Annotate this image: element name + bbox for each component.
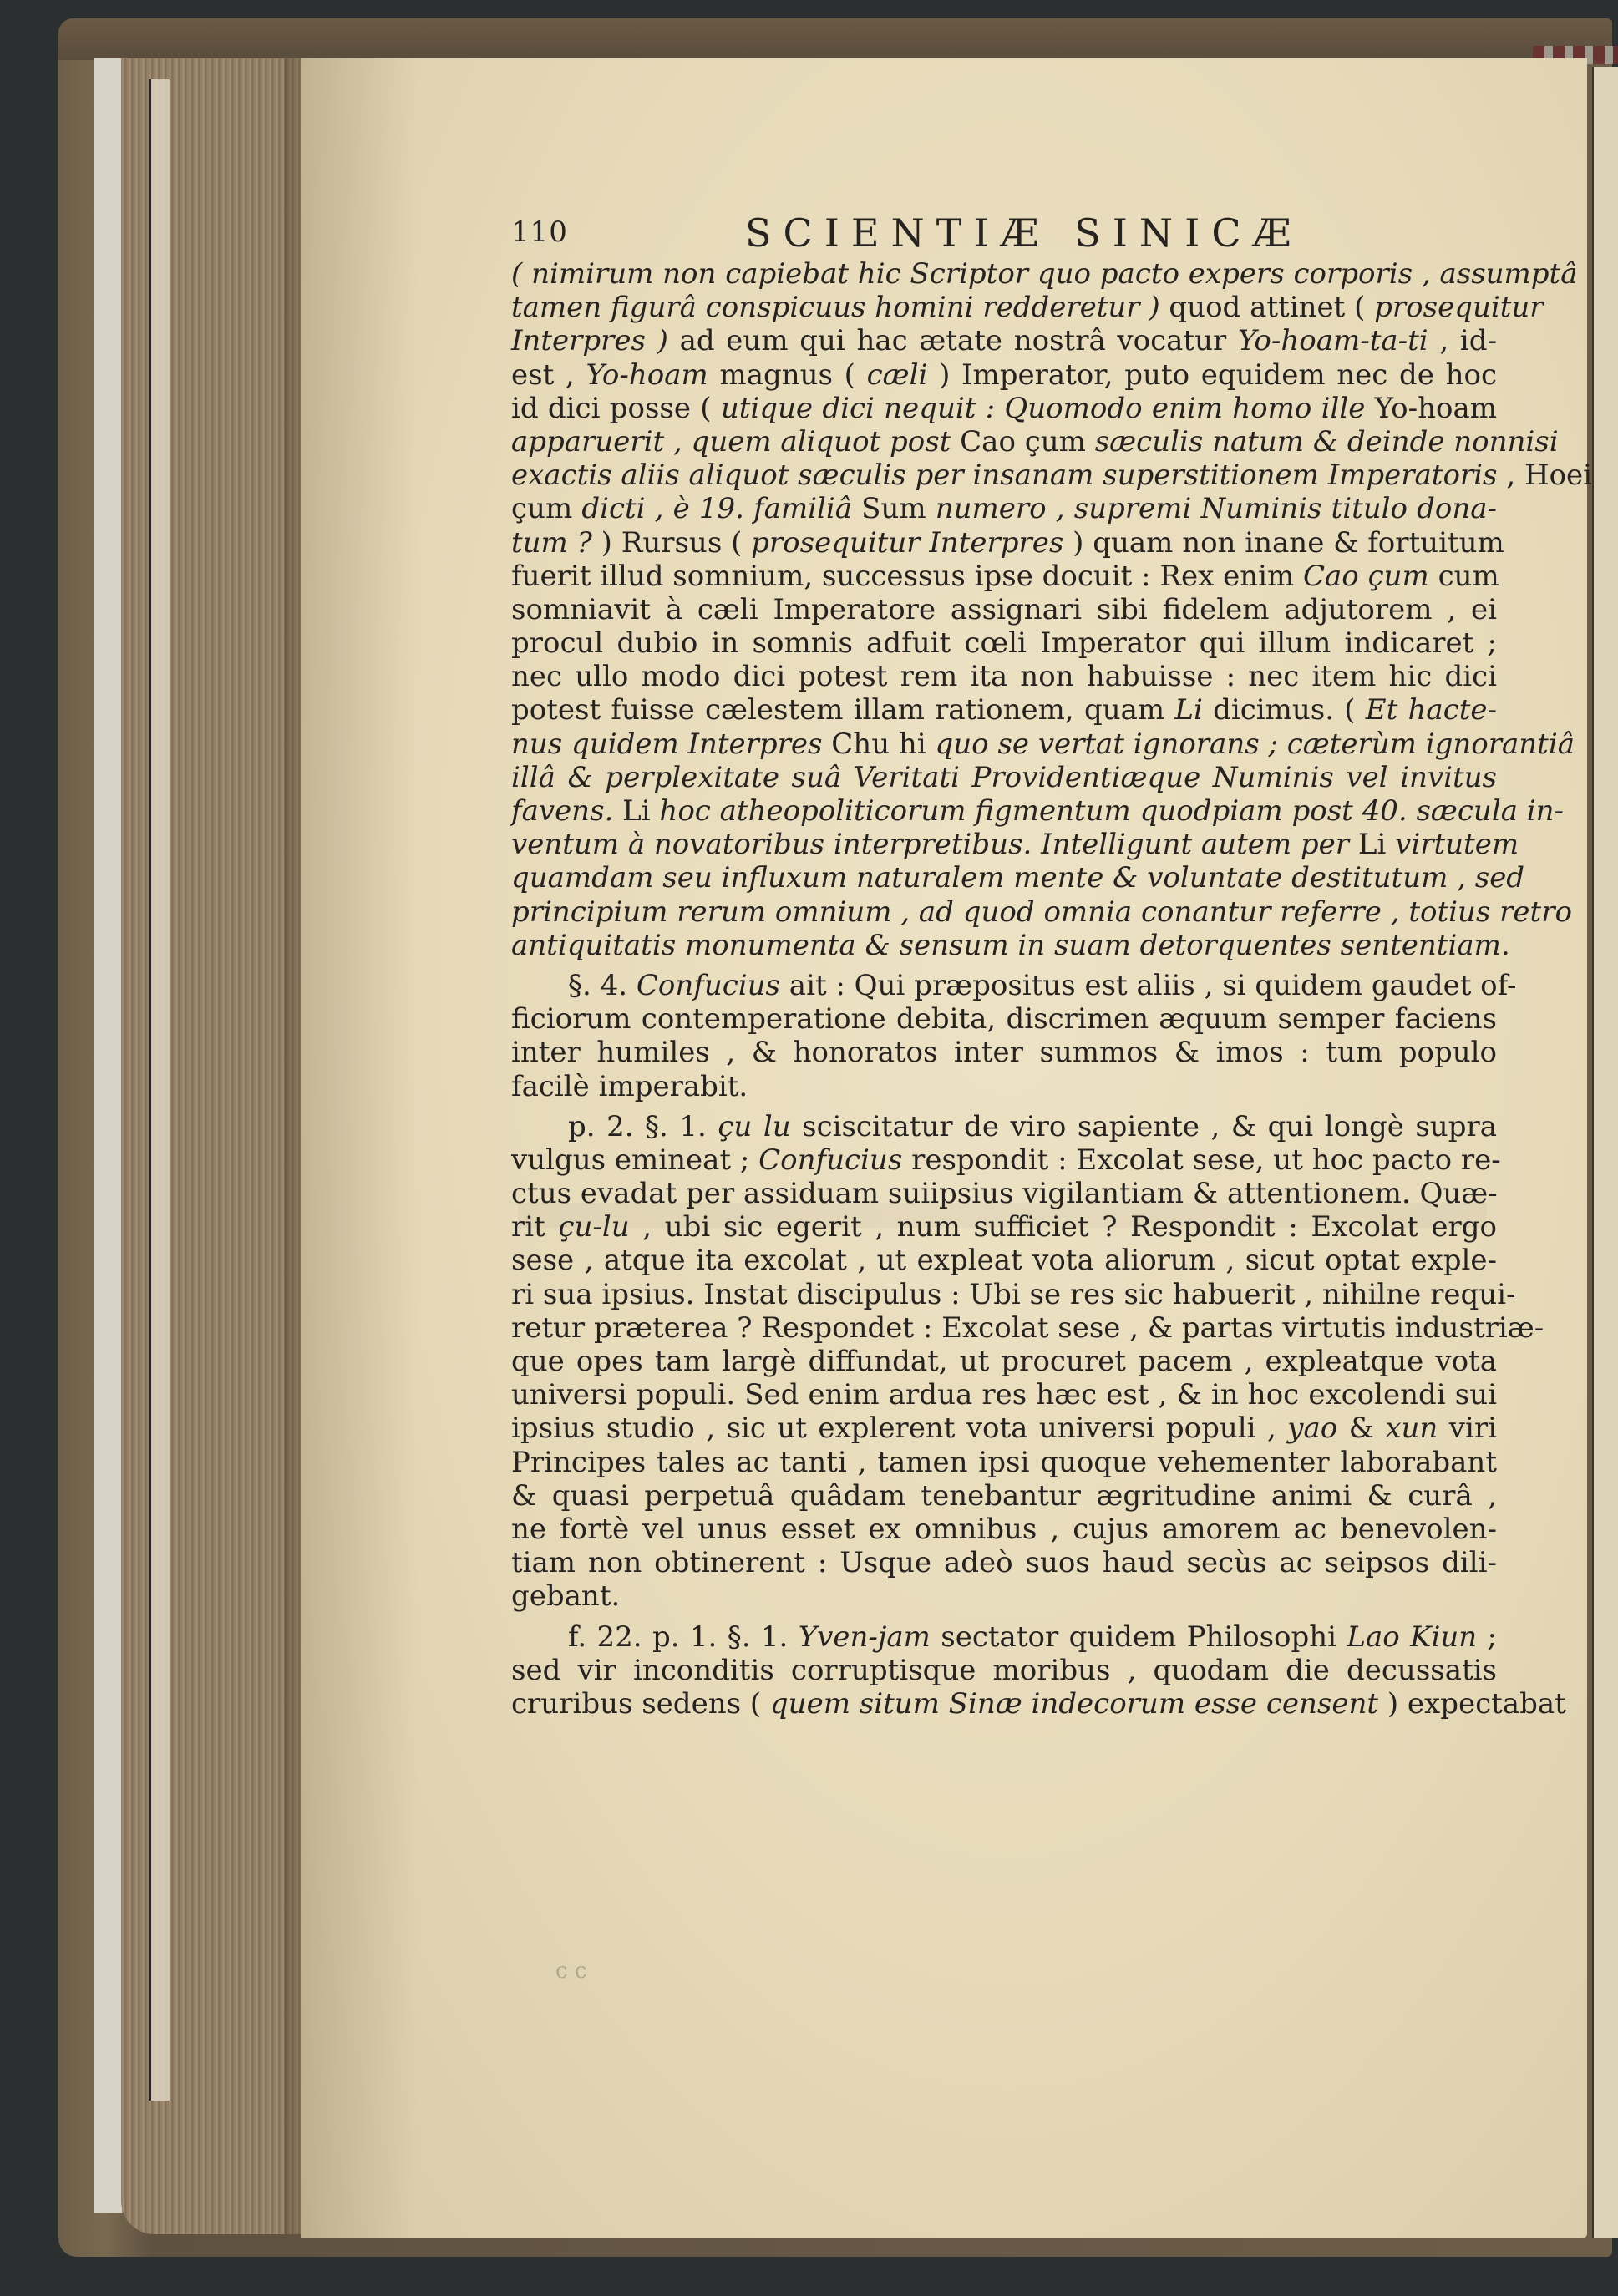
- text-line: retur præterea ? Respondet : Excolat ses…: [511, 1311, 1497, 1345]
- italic-run: Yo-hoam: [586, 358, 708, 392]
- text-line: fuerit illud somnium, successus ipse doc…: [511, 560, 1497, 593]
- roman-run: ad eum qui hac ætate nostrâ vocatur: [668, 324, 1238, 357]
- roman-run: ri sua ipsius. Instat discipulus : Ubi s…: [511, 1278, 1516, 1311]
- italic-run: quem situm Sinæ indecorum esse censent: [770, 1687, 1378, 1721]
- roman-run: , id-: [1428, 324, 1497, 357]
- text-line: favens. Li hoc atheopoliticorum figmentu…: [511, 794, 1497, 828]
- text-line: inter humiles , & honoratos inter summos…: [511, 1036, 1497, 1069]
- roman-run: tiam non obtinerent : Usque adeò suos ha…: [511, 1546, 1497, 1579]
- roman-run: rit: [511, 1210, 558, 1244]
- text-line: ficiorum contemperatione debita, discrim…: [511, 1002, 1497, 1036]
- roman-run: Li: [1349, 828, 1395, 861]
- roman-run: p. 2. §. 1.: [511, 1110, 718, 1143]
- roman-run: sese , atque ita excolat , ut expleat vo…: [511, 1244, 1497, 1277]
- roman-run: Cao çum: [951, 425, 1094, 459]
- italic-run: ( nimirum non capiebat hic Scriptor quo …: [511, 257, 1578, 291]
- roman-run: que opes tam largè diffundat, ut procure…: [511, 1345, 1497, 1378]
- italic-run: utique dici nequit : Quomodo enim homo i…: [721, 392, 1366, 425]
- italic-run: dicti , è 19. familiâ: [581, 492, 852, 525]
- italic-run: tamen figurâ conspicuus homini redderetu…: [511, 291, 1160, 324]
- roman-run: Chu hi: [822, 727, 935, 761]
- roman-run: retur præterea ? Respondet : Excolat ses…: [511, 1311, 1544, 1345]
- italic-run: sæculis natum & deinde nonnisi: [1095, 425, 1559, 459]
- roman-run: id dici posse (: [511, 392, 721, 425]
- roman-run: ) quam non inane & fortuitum: [1063, 526, 1504, 560]
- endpaper-edge: [94, 58, 123, 2213]
- text-line: illâ & perplexitate suâ Veritati Provide…: [511, 761, 1497, 794]
- roman-run: potest fuisse cælestem illam rationem, q…: [511, 693, 1174, 727]
- roman-run: ) expectabat: [1378, 1687, 1566, 1721]
- text-line: quamdam seu influxum naturalem mente & v…: [511, 861, 1497, 895]
- roman-run: sed vir inconditis corruptisque moribus …: [511, 1654, 1497, 1687]
- italic-run: principium rerum omnium , ad quod omnia …: [511, 895, 1572, 929]
- text-line: sese , atque ita excolat , ut expleat vo…: [511, 1244, 1497, 1277]
- roman-run: respondit : Excolat sese, ut hoc pacto r…: [902, 1143, 1500, 1177]
- body-text: ( nimirum non capiebat hic Scriptor quo …: [511, 257, 1497, 1721]
- text-line: facilè imperabit.: [511, 1070, 1497, 1103]
- italic-run: ventum à novatoribus interpretibus. Inte…: [511, 828, 1349, 861]
- italic-run: cæli: [867, 358, 928, 392]
- paragraph-gap: [511, 962, 1497, 969]
- roman-run: somniavit à cæli Imperatore assignari si…: [511, 593, 1497, 626]
- text-line: & quasi perpetuâ quâdam tenebantur ægrit…: [511, 1479, 1497, 1513]
- text-line: ventum à novatoribus interpretibus. Inte…: [511, 828, 1497, 861]
- roman-run: sciscitatur de viro sapiente , & qui lon…: [791, 1110, 1497, 1143]
- italic-run: numero , supremi Numinis titulo dona-: [936, 492, 1497, 525]
- roman-run: ) Imperator, puto equidem nec de hoc: [927, 358, 1497, 392]
- roman-run: Sum: [852, 492, 936, 525]
- italic-run: çu lu: [718, 1110, 790, 1143]
- running-title: SCIENTIÆ SINICÆ: [745, 210, 1303, 256]
- text-line: ri sua ipsius. Instat discipulus : Ubi s…: [511, 1278, 1497, 1311]
- text-line: çum dicti , è 19. familiâ Sum numero , s…: [511, 492, 1497, 525]
- roman-run: vulgus emineat ;: [511, 1143, 758, 1177]
- text-line: sed vir inconditis corruptisque moribus …: [511, 1654, 1497, 1687]
- roman-run: fuerit illud somnium, successus ipse doc…: [511, 560, 1303, 593]
- roman-run: inter humiles , & honoratos inter summos…: [511, 1036, 1497, 1069]
- italic-run: apparuerit , quem aliquot post: [511, 425, 951, 459]
- text-line: antiquitatis monumenta & sensum in suam …: [511, 929, 1497, 962]
- page-shade: [301, 58, 418, 2238]
- italic-run: xun: [1385, 1412, 1438, 1445]
- italic-run: yao: [1287, 1412, 1337, 1445]
- text-line: vulgus emineat ; Confucius respondit : E…: [511, 1143, 1497, 1177]
- italic-run: Confucius: [758, 1143, 902, 1177]
- text-line: procul dubio in somnis adfuit cœli Imper…: [511, 626, 1497, 660]
- roman-run: & quasi perpetuâ quâdam tenebantur ægrit…: [511, 1479, 1497, 1513]
- facing-page-edge: [1592, 67, 1618, 2238]
- text-line: apparuerit , quem aliquot post Cao çum s…: [511, 425, 1497, 459]
- italic-run: nus quidem Interpres: [511, 727, 822, 761]
- text-line: potest fuisse cælestem illam rationem, q…: [511, 693, 1497, 727]
- text-line: Principes tales ac tanti , tamen ipsi qu…: [511, 1446, 1497, 1479]
- italic-run: virtutem: [1395, 828, 1519, 861]
- italic-run: illâ & perplexitate suâ Veritati Provide…: [511, 761, 1497, 794]
- roman-run: est ,: [511, 358, 586, 392]
- italic-run: favens.: [511, 794, 613, 828]
- italic-run: tum ?: [511, 526, 592, 560]
- text-line: ipsius studio , sic ut explerent vota un…: [511, 1412, 1497, 1445]
- page-text-block: 110 SCIENTIÆ SINICÆ ( nimirum non capieb…: [511, 210, 1497, 1721]
- roman-run: , Hoei: [1498, 459, 1593, 492]
- text-line: ( nimirum non capiebat hic Scriptor quo …: [511, 257, 1497, 291]
- roman-run: çum: [511, 492, 581, 525]
- book-cover-top-edge: [58, 18, 1612, 60]
- italic-run: quo se vertat ignorans ; cæterùm ignoran…: [936, 727, 1575, 761]
- italic-run: prosequitur: [1374, 291, 1543, 324]
- italic-run: Li: [1174, 693, 1202, 727]
- roman-run: Yo-hoam: [1365, 392, 1497, 425]
- roman-run: universi populi. Sed enim ardua res hæc …: [511, 1378, 1497, 1412]
- roman-run: cum: [1429, 560, 1499, 593]
- text-line: ctus evadat per assiduam suiipsius vigil…: [511, 1177, 1497, 1210]
- text-line: id dici posse ( utique dici nequit : Quo…: [511, 392, 1497, 425]
- roman-run: Principes tales ac tanti , tamen ipsi qu…: [511, 1446, 1497, 1479]
- text-line: cruribus sedens ( quem situm Sinæ indeco…: [511, 1687, 1497, 1721]
- text-line: f. 22. p. 1. §. 1. Yven-jam sectator qui…: [511, 1620, 1497, 1654]
- text-line: somniavit à cæli Imperatore assignari si…: [511, 593, 1497, 626]
- text-line: ne fortè vel unus esset ex omnibus , cuj…: [511, 1513, 1497, 1546]
- roman-run: viri: [1438, 1412, 1497, 1445]
- signature-mark: c c: [555, 1959, 586, 1984]
- italic-run: hoc atheopoliticorum figmentum quodpiam …: [659, 794, 1564, 828]
- text-line: p. 2. §. 1. çu lu sciscitatur de viro sa…: [511, 1110, 1497, 1143]
- italic-run: Yo-hoam-ta-ti: [1238, 324, 1428, 357]
- roman-run: magnus (: [708, 358, 867, 392]
- text-line: nus quidem Interpres Chu hi quo se verta…: [511, 727, 1497, 761]
- paragraph-gap: [511, 1103, 1497, 1110]
- paragraph-gap: [511, 1614, 1497, 1620]
- italic-run: Lao Kiun: [1347, 1620, 1477, 1654]
- italic-run: Confucius: [637, 969, 780, 1002]
- text-line: nec ullo modo dici potest rem ita non ha…: [511, 660, 1497, 693]
- text-line: Interpres ) ad eum qui hac ætate nostrâ …: [511, 324, 1497, 357]
- text-line: tum ? ) Rursus ( prosequitur Interpres )…: [511, 526, 1497, 560]
- text-line: exactis aliis aliquot sæculis per insana…: [511, 459, 1497, 492]
- italic-run: Yven-jam: [799, 1620, 931, 1654]
- text-line: gebant.: [511, 1579, 1497, 1613]
- text-line: tiam non obtinerent : Usque adeò suos ha…: [511, 1546, 1497, 1579]
- italic-run: Cao çum: [1303, 560, 1429, 593]
- text-line: principium rerum omnium , ad quod omnia …: [511, 895, 1497, 929]
- roman-run: Li: [613, 794, 659, 828]
- roman-run: ne fortè vel unus esset ex omnibus , cuj…: [511, 1513, 1497, 1546]
- roman-run: f. 22. p. 1. §. 1.: [511, 1620, 799, 1654]
- italic-run: çu-lu: [558, 1210, 629, 1244]
- roman-run: dicimus. (: [1203, 693, 1366, 727]
- italic-run: Interpres ): [511, 324, 668, 357]
- roman-run: ctus evadat per assiduam suiipsius vigil…: [511, 1177, 1498, 1210]
- inserted-slip: [149, 79, 170, 2101]
- roman-run: ficiorum contemperatione debita, discrim…: [511, 1002, 1497, 1036]
- roman-run: procul dubio in somnis adfuit cœli Imper…: [511, 626, 1497, 660]
- roman-run: &: [1337, 1412, 1385, 1445]
- italic-run: antiquitatis monumenta & sensum in suam …: [511, 929, 1510, 962]
- roman-run: §. 4.: [511, 969, 637, 1002]
- text-line: §. 4. Confucius ait : Qui præpositus est…: [511, 969, 1497, 1002]
- text-line: rit çu-lu , ubi sic egerit , num suffici…: [511, 1210, 1497, 1244]
- roman-run: ;: [1477, 1620, 1497, 1654]
- italic-run: exactis aliis aliquot sæculis per insana…: [511, 459, 1498, 492]
- roman-run: gebant.: [511, 1579, 620, 1613]
- roman-run: ait : Qui præpositus est aliis , si quid…: [780, 969, 1517, 1002]
- roman-run: nec ullo modo dici potest rem ita non ha…: [511, 660, 1497, 693]
- italic-run: prosequitur Interpres: [751, 526, 1063, 560]
- roman-run: cruribus sedens (: [511, 1687, 770, 1721]
- roman-run: facilè imperabit.: [511, 1070, 748, 1103]
- running-head: 110 SCIENTIÆ SINICÆ: [511, 210, 1497, 257]
- italic-run: quamdam seu influxum naturalem mente & v…: [511, 861, 1524, 895]
- roman-run: , ubi sic egerit , num sufficiet ? Respo…: [630, 1210, 1497, 1244]
- text-line: tamen figurâ conspicuus homini redderetu…: [511, 291, 1497, 324]
- page-number: 110: [511, 215, 568, 249]
- italic-run: Et hacte-: [1366, 693, 1497, 727]
- roman-run: quod attinet (: [1160, 291, 1375, 324]
- text-line: universi populi. Sed enim ardua res hæc …: [511, 1378, 1497, 1412]
- text-line: est , Yo-hoam magnus ( cæli ) Imperator,…: [511, 358, 1497, 392]
- text-line: que opes tam largè diffundat, ut procure…: [511, 1345, 1497, 1378]
- roman-run: sectator quidem Philosophi: [931, 1620, 1347, 1654]
- roman-run: ipsius studio , sic ut explerent vota un…: [511, 1412, 1287, 1445]
- roman-run: ) Rursus (: [592, 526, 751, 560]
